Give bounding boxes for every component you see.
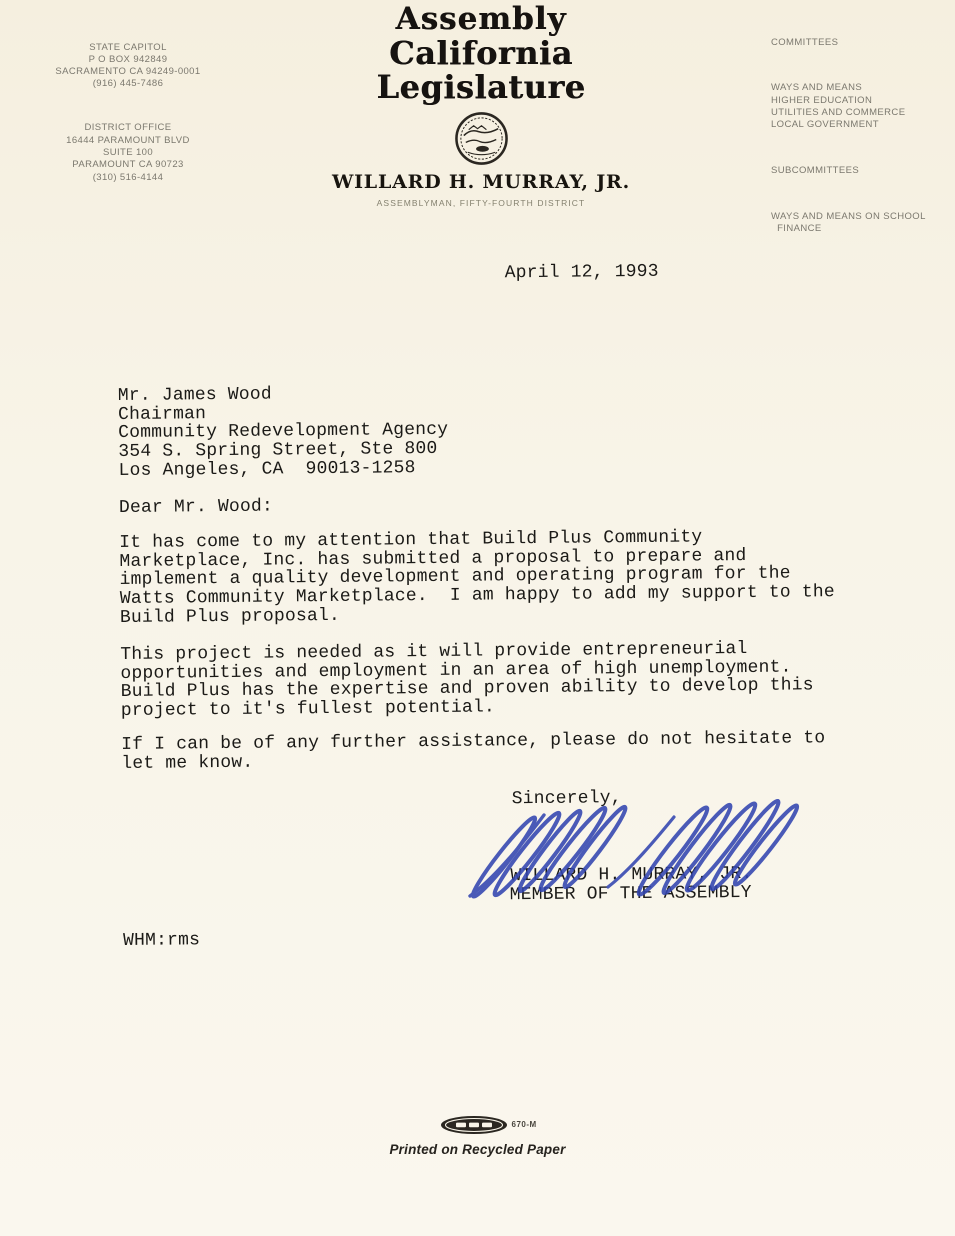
scanned-letter-page: STATE CAPITOL P O BOX 942849 SACRAMENTO …	[0, 0, 955, 1236]
paragraph-1: It has come to my attention that Build P…	[119, 527, 835, 627]
salutation: Dear Mr. Wood:	[119, 498, 273, 518]
recipient-address: Mr. James Wood Chairman Community Redeve…	[118, 384, 449, 481]
footer: 670-M Printed on Recycled Paper	[0, 1112, 955, 1157]
union-bug-code: 670-M	[512, 1120, 537, 1129]
paragraph-2: This project is needed as it will provid…	[120, 639, 814, 720]
union-bug-row: 670-M	[378, 1112, 578, 1138]
recycled-paper-note: Printed on Recycled Paper	[0, 1142, 955, 1157]
reference-initials: WHM:rms	[123, 931, 200, 950]
handwritten-signature	[466, 799, 804, 899]
paragraph-3: If I can be of any further assistance, p…	[121, 729, 825, 773]
union-label-icon	[438, 1115, 510, 1135]
letter-date: April 12, 1993	[505, 263, 659, 283]
letter-body: April 12, 1993 Mr. James Wood Chairman C…	[0, 0, 955, 1236]
